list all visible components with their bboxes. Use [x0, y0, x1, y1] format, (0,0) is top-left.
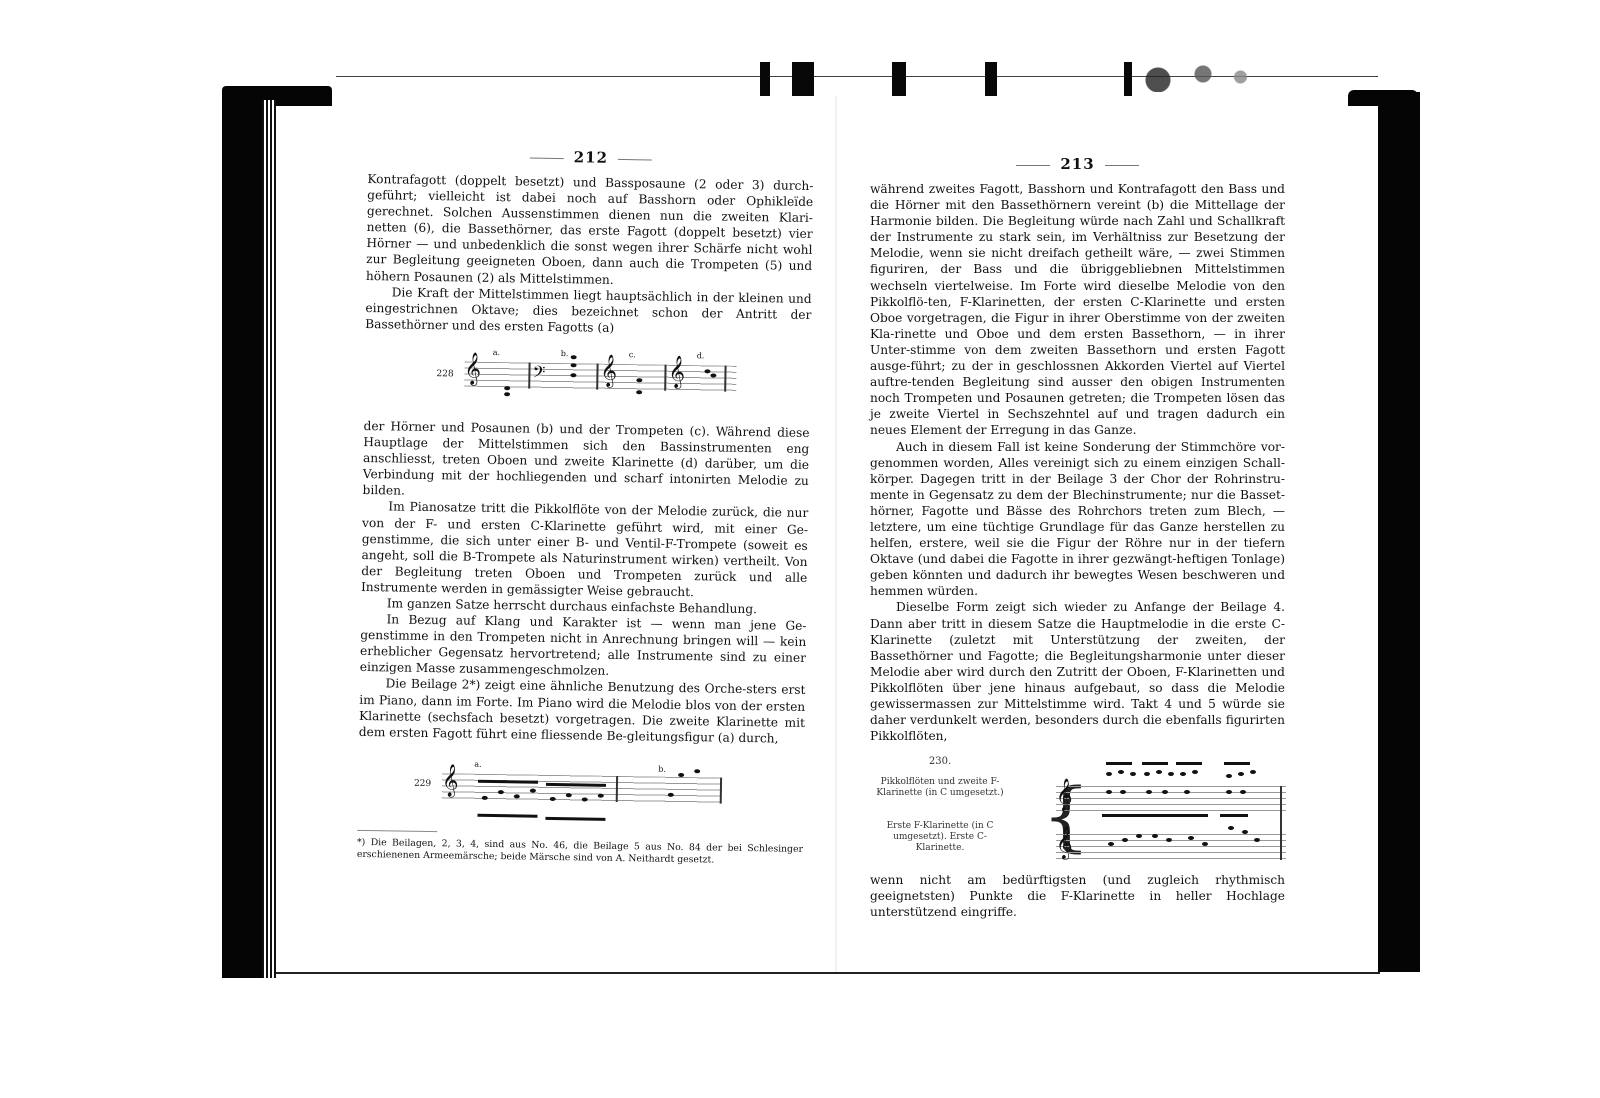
paragraph: während zweites Fagott, Basshorn und Kon…: [870, 181, 1285, 439]
book-cover-edge: [1378, 92, 1420, 972]
paragraph: Kontrafagott (doppelt besetzt) und Bassp…: [366, 171, 814, 291]
spine-mark: [792, 62, 814, 96]
book-spread: 212 Kontrafagott (doppelt besetzt) und B…: [0, 0, 1600, 1098]
treble-clef-icon: 𝄞: [1056, 828, 1073, 858]
paragraph: Die Beilage 2*) zeigt eine ähnliche Benu…: [359, 675, 806, 746]
paragraph: Die Kraft der Mittelstimmen liegt haupts…: [365, 284, 812, 339]
page-number: 212: [368, 145, 814, 170]
example-letter: c.: [629, 350, 636, 359]
treble-clef-icon: 𝄞: [600, 356, 617, 386]
page-edge: [276, 972, 1380, 974]
barline: [616, 776, 618, 802]
page-number: 213: [870, 155, 1285, 173]
music-staff: [1056, 786, 1286, 812]
example-number: 228: [436, 369, 453, 379]
example-letter: a.: [474, 760, 481, 769]
paragraph: Im Pianosatze tritt die Pikkolflöte von …: [361, 498, 808, 602]
paragraph: wenn nicht am bedürftigsten (und zugleic…: [870, 872, 1285, 920]
staff-label: Erste F-Klarinette (in C umgesetzt). Ers…: [870, 821, 1010, 854]
example-letter: d.: [697, 351, 705, 360]
paragraph: In Bezug auf Klang und Karakter ist — we…: [360, 611, 807, 682]
left-page: 212 Kontrafagott (doppelt besetzt) und B…: [357, 145, 814, 868]
barline: [720, 777, 722, 803]
example-letter: a.: [493, 348, 500, 357]
example-number: 230.: [870, 756, 1010, 767]
treble-clef-icon: 𝄞: [668, 357, 685, 387]
paragraph: Dieselbe Form zeigt sich wieder zu Anfan…: [870, 599, 1285, 744]
music-example-229: 229 𝄞 a. b.: [357, 754, 804, 831]
barline: [664, 365, 666, 391]
barline: [596, 364, 598, 390]
speckle-texture: [1128, 62, 1278, 92]
spine-mark: [760, 62, 770, 96]
barline: [1280, 786, 1282, 860]
paragraph: der Hörner und Posaunen (b) und der Trom…: [362, 418, 809, 505]
example-labels: 230. Pikkolflöten und zweite F-Klarinett…: [870, 756, 1010, 854]
page-gutter: [835, 96, 837, 972]
treble-clef-icon: 𝄞: [464, 353, 481, 383]
page-stack: [262, 100, 276, 978]
barline: [724, 366, 726, 392]
music-example-230: 230. Pikkolflöten und zweite F-Klarinett…: [870, 756, 1285, 866]
example-number: 229: [414, 779, 431, 789]
example-letter: b.: [658, 764, 666, 773]
staff-label: Pikkolflöten und zweite F-Klarinette (in…: [876, 777, 1003, 798]
spine-mark: [892, 62, 906, 96]
treble-clef-icon: 𝄞: [1056, 780, 1073, 810]
footnote-rule: [357, 830, 437, 832]
right-page: 213 während zweites Fagott, Basshorn und…: [870, 155, 1285, 921]
treble-clef-icon: 𝄞: [442, 765, 459, 795]
bass-clef-icon: 𝄢: [532, 359, 545, 389]
music-example-228: 228 𝄞 𝄢 𝄞 𝄞 a. b. c. d.: [364, 346, 811, 415]
footnote: *) Die Beilagen, 2, 3, 4, sind aus No. 4…: [357, 837, 803, 868]
book-cover-edge: [222, 92, 264, 978]
example-letter: b.: [561, 349, 569, 358]
paragraph: Auch in diesem Fall ist keine Sonderung …: [870, 439, 1285, 600]
barline: [528, 362, 530, 388]
spine-mark: [985, 62, 997, 96]
